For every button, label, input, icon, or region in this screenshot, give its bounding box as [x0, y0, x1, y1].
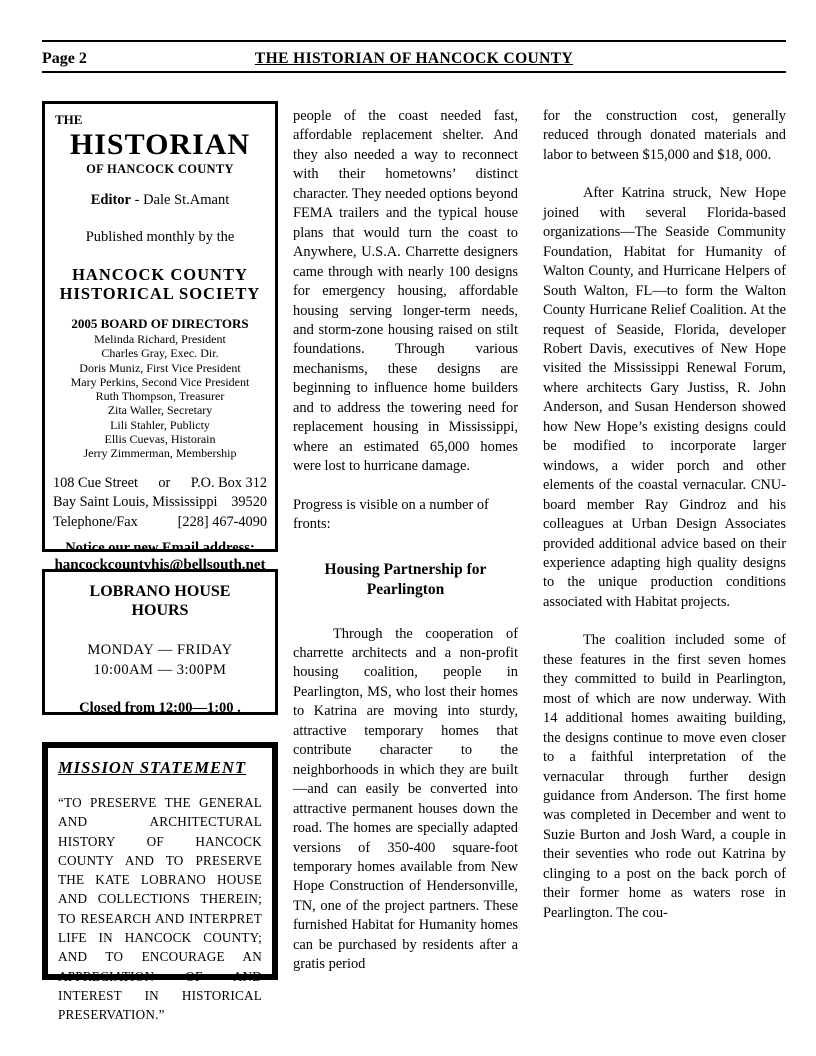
masthead-box: THE HISTORIAN OF HANCOCK COUNTY Editor -…: [42, 101, 278, 552]
article-paragraph: Through the cooperation of charrette arc…: [293, 625, 518, 975]
article-paragraph: After Katrina struck, New Hope joined wi…: [543, 184, 786, 612]
newsletter-page: Page 2 THE HISTORIAN OF HANCOCK COUNTY T…: [0, 0, 816, 1056]
phone-number: [228] 467-4090: [178, 513, 267, 533]
hours-box: LOBRANO HOUSE HOURS MONDAY — FRIDAY 10:0…: [42, 569, 278, 715]
hours-title: LOBRANO HOUSE HOURS: [53, 582, 267, 620]
address-line: Telephone/Fax [228] 467-4090: [53, 513, 267, 533]
published-line: Published monthly by the: [53, 229, 267, 246]
page-content: THE HISTORIAN OF HANCOCK COUNTY Editor -…: [42, 101, 786, 980]
address-line: 108 Cue Street or P.O. Box 312: [53, 474, 267, 494]
article-column-1: people of the coast needed fast, afforda…: [293, 101, 518, 980]
masthead-subtitle: OF HANCOCK COUNTY: [53, 162, 267, 177]
board-title: 2005 BOARD OF DIRECTORS: [53, 316, 267, 332]
left-column: THE HISTORIAN OF HANCOCK COUNTY Editor -…: [42, 101, 278, 980]
hours-title-line1: LOBRANO HOUSE: [53, 582, 267, 601]
society-line2: HISTORICAL SOCIETY: [53, 285, 267, 304]
address-or: or: [138, 474, 191, 494]
editor-line: Editor - Dale St.Amant: [53, 192, 267, 209]
board-member: Jerry Zimmerman, Membership: [53, 446, 267, 460]
address-line: Bay Saint Louis, Mississippi 39520: [53, 493, 267, 513]
page-header: Page 2 THE HISTORIAN OF HANCOCK COUNTY: [42, 40, 786, 73]
article-column-2: for the construction cost, generally red…: [543, 101, 786, 980]
masthead-the: THE: [55, 112, 267, 128]
page-number: Page 2: [42, 50, 87, 68]
board-member: Charles Gray, Exec. Dir.: [53, 346, 267, 360]
board-member: Mary Perkins, Second Vice President: [53, 375, 267, 389]
mission-body: “TO PRESERVE THE GENERAL AND ARCHITECTUR…: [58, 793, 262, 1025]
newsletter-title: THE HISTORIAN OF HANCOCK COUNTY: [255, 50, 573, 67]
society-name: HANCOCK COUNTY HISTORICAL SOCIETY: [53, 266, 267, 303]
city-state: Bay Saint Louis, Mississippi: [53, 493, 217, 513]
hours-times: 10:00AM — 3:00PM: [53, 662, 267, 679]
editor-label: Editor: [91, 192, 131, 208]
board-member: Ruth Thompson, Treasurer: [53, 389, 267, 403]
address-block: 108 Cue Street or P.O. Box 312 Bay Saint…: [53, 474, 267, 533]
hours-title-line2: HOURS: [53, 601, 267, 620]
masthead-title: HISTORIAN: [53, 128, 267, 162]
hours-closed: Closed from 12:00—1:00 .: [53, 700, 267, 717]
article-paragraph: for the construction cost, generally red…: [543, 107, 786, 165]
editor-name: - Dale St.Amant: [131, 192, 229, 208]
article-paragraph: Progress is visible on a number of front…: [293, 496, 518, 535]
street-address: 108 Cue Street: [53, 474, 138, 494]
board-member: Melinda Richard, President: [53, 332, 267, 346]
zip-code: 39520: [231, 493, 267, 513]
email-notice: Notice our new Email address:: [53, 540, 267, 557]
society-line1: HANCOCK COUNTY: [53, 266, 267, 285]
board-member: Zita Waller, Secretary: [53, 403, 267, 417]
article-heading: Housing Partnership for Pearlington: [303, 560, 508, 600]
mission-title: MISSION STATEMENT: [58, 758, 262, 778]
board-member: Ellis Cuevas, Historain: [53, 432, 267, 446]
board-member: Lili Stahler, Publicty: [53, 418, 267, 432]
email-address: hancockcountyhis@bellsouth.net: [53, 557, 267, 574]
article-paragraph: The coalition included some of these fea…: [543, 631, 786, 923]
hours-days: MONDAY — FRIDAY: [53, 642, 267, 659]
article-paragraph: people of the coast needed fast, afforda…: [293, 107, 518, 477]
mission-box: MISSION STATEMENT “TO PRESERVE THE GENER…: [42, 742, 278, 980]
phone-label: Telephone/Fax: [53, 513, 138, 533]
board-member: Doris Muniz, First Vice President: [53, 361, 267, 375]
board-list: Melinda Richard, President Charles Gray,…: [53, 332, 267, 461]
po-box: P.O. Box 312: [191, 474, 267, 494]
